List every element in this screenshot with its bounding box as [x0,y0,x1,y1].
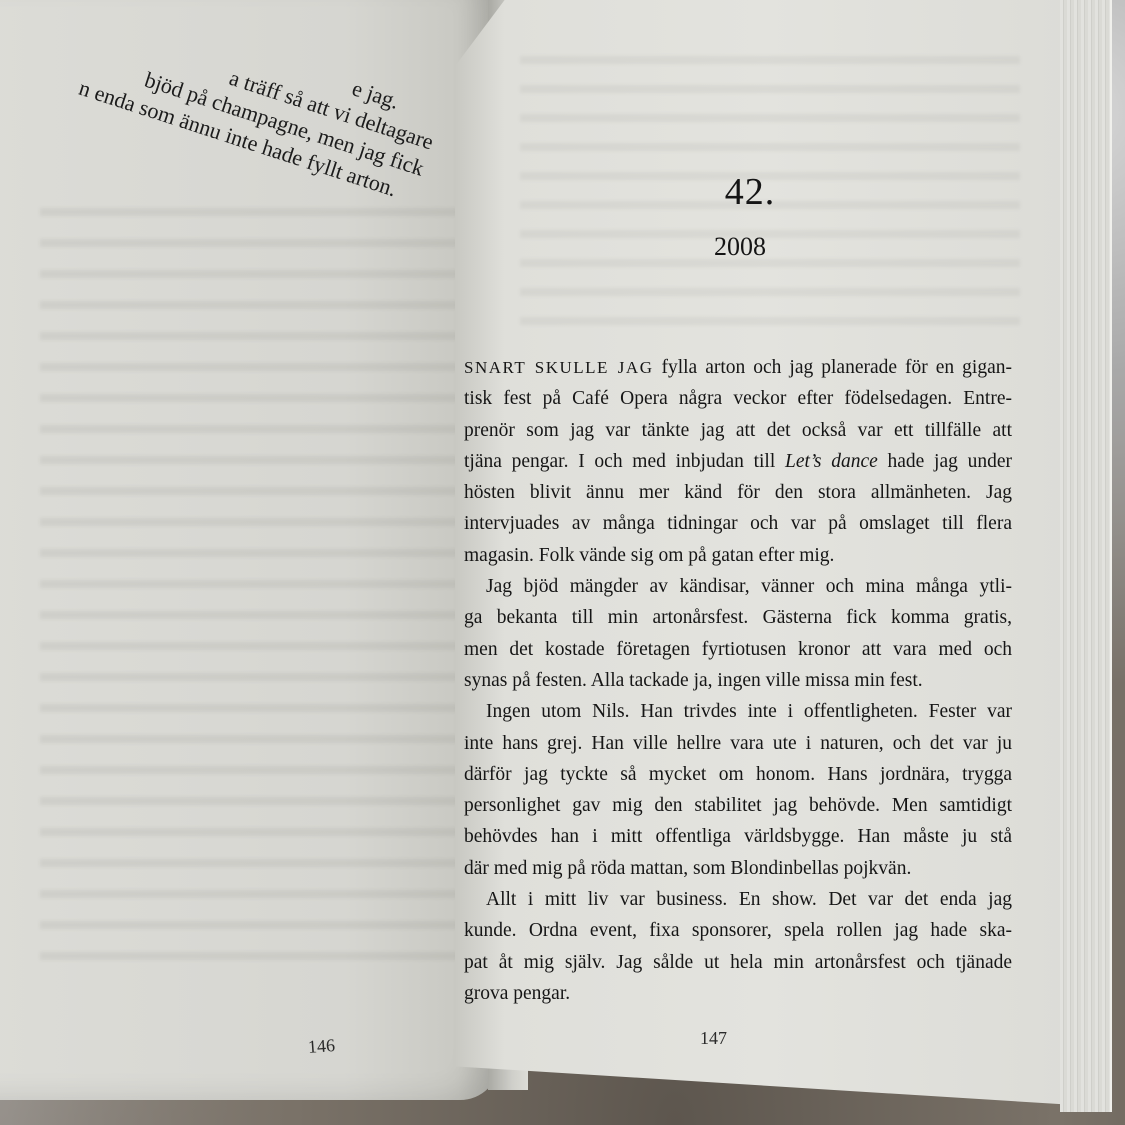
chapter-number: 42. [690,170,810,214]
text-line: Allt i mitt liv var business. En show. D… [464,884,1012,915]
text-line: magasin. Folk vände sig om på gatan efte… [464,540,1012,571]
text-line: tjäna pengar. I och med inbjudan till Le… [464,446,1012,477]
text-line: Ingen utom Nils. Han trivdes inte i offe… [464,696,1012,727]
text-line: men det kostade företagen fyrtiotusen kr… [464,634,1012,665]
italic-title: Let’s dance [785,451,878,472]
chapter-body: SNART SKULLE JAG fylla arton och jag pla… [464,352,1012,1009]
text-line: inte hans grej. Han ville hellre vara ut… [464,728,1012,759]
text-line: intervjuades av många tidningar och var … [464,508,1012,539]
text-line: tisk fest på Café Opera några veckor eft… [464,383,1012,414]
text-line: behövdes han i mitt offentliga världsbyg… [464,821,1012,852]
page-number-right: 147 [700,1028,727,1049]
text-line: SNART SKULLE JAG fylla arton och jag pla… [464,352,1012,383]
left-page-bleedthrough [40,190,480,970]
page-edges [1060,0,1112,1112]
text-line: prenör som jag var tänkte jag att det oc… [464,415,1012,446]
text-line: personlighet gav mig den stabilitet jag … [464,790,1012,821]
text-line: grova pengar. [464,978,1012,1009]
opening-small-caps: SNART SKULLE JAG [464,358,653,377]
text-line: Jag bjöd mängder av kändisar, vänner och… [464,571,1012,602]
page-number-left: 146 [307,1035,335,1058]
text-line: kunde. Ordna event, fixa sponsorer, spel… [464,915,1012,946]
text-line: där med mig på röda mattan, som Blondinb… [464,853,1012,884]
text-line: synas på festen. Alla tackade ja, ingen … [464,665,1012,696]
chapter-year: 2008 [680,232,800,262]
text-line: därför jag tyckte så mycket om honom. Ha… [464,759,1012,790]
text-line: hösten blivit ännu mer känd för den stor… [464,477,1012,508]
text-line: ga bekanta till min artonårsfest. Gäster… [464,602,1012,633]
text-line: pat åt mig själv. Jag sålde ut hela min … [464,947,1012,978]
